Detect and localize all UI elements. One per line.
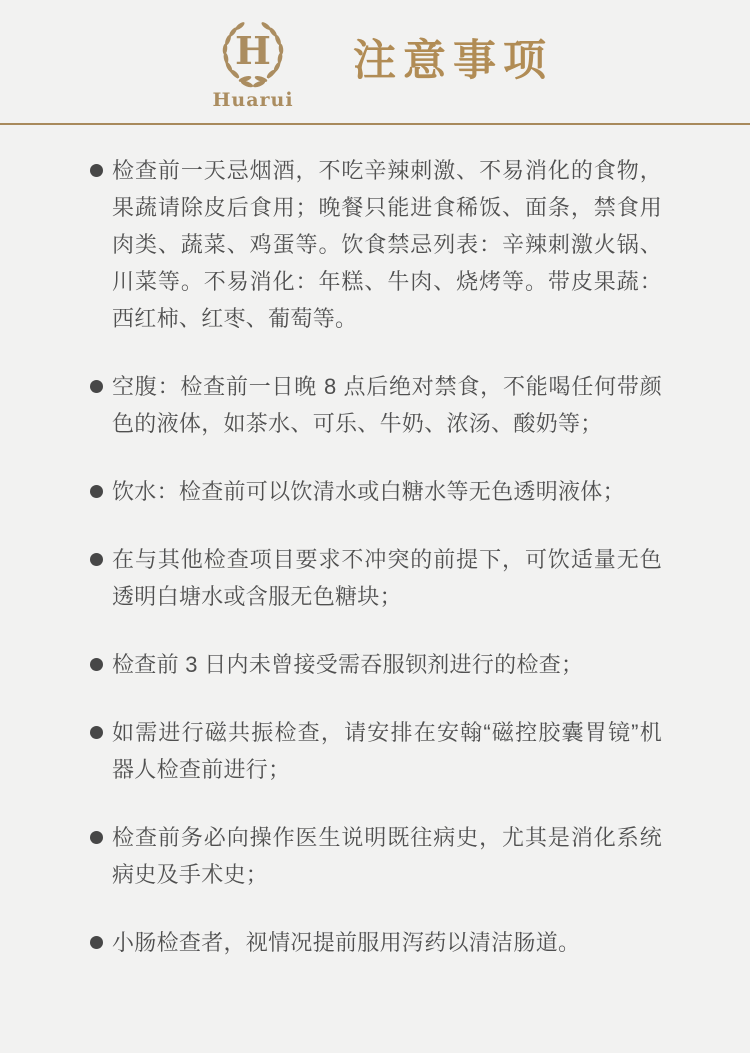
list-item: 检查前 3 日内未曾接受需吞服钡剂进行的检查； xyxy=(90,646,662,683)
huarui-logo: H Huarui xyxy=(197,19,309,111)
list-item: 饮水：检查前可以饮清水或白糖水等无色透明液体； xyxy=(90,473,662,510)
page-title: 注意事项 xyxy=(353,40,553,89)
bullet-icon xyxy=(90,485,103,498)
notes-list: 检查前一天忌烟酒，不吃辛辣刺激、不易消化的食物，果蔬请除皮后食用；晚餐只能进食稀… xyxy=(0,125,750,961)
bullet-icon xyxy=(90,380,103,393)
bullet-icon xyxy=(90,164,103,177)
note-text: 检查前一天忌烟酒，不吃辛辣刺激、不易消化的食物，果蔬请除皮后食用；晚餐只能进食稀… xyxy=(112,152,662,337)
logo-monogram: H xyxy=(235,28,271,73)
list-item: 检查前一天忌烟酒，不吃辛辣刺激、不易消化的食物，果蔬请除皮后食用；晚餐只能进食稀… xyxy=(90,152,662,337)
list-item: 空腹：检查前一日晚 8 点后绝对禁食，不能喝任何带颜色的液体，如茶水、可乐、牛奶… xyxy=(90,368,662,442)
bullet-icon xyxy=(90,726,103,739)
list-item: 如需进行磁共振检查，请安排在安翰“磁控胶囊胃镜”机器人检查前进行； xyxy=(90,714,662,788)
bullet-icon xyxy=(90,658,103,671)
bullet-icon xyxy=(90,936,103,949)
note-text: 检查前 3 日内未曾接受需吞服钡剂进行的检查； xyxy=(112,646,662,683)
bullet-icon xyxy=(90,831,103,844)
note-text: 小肠检查者，视情况提前服用泻药以清洁肠道。 xyxy=(112,924,662,961)
header: H Huarui 注意事项 xyxy=(0,0,750,123)
brand-name: Huarui xyxy=(212,89,293,111)
list-item: 在与其他检查项目要求不冲突的前提下，可饮适量无色透明白塘水或含服无色糖块； xyxy=(90,541,662,615)
notice-page: H Huarui 注意事项 检查前一天忌烟酒，不吃辛辣刺激、不易消化的食物，果蔬… xyxy=(0,0,750,1053)
note-text: 饮水：检查前可以饮清水或白糖水等无色透明液体； xyxy=(112,473,662,510)
note-text: 空腹：检查前一日晚 8 点后绝对禁食，不能喝任何带颜色的液体，如茶水、可乐、牛奶… xyxy=(112,368,662,442)
note-text: 如需进行磁共振检查，请安排在安翰“磁控胶囊胃镜”机器人检查前进行； xyxy=(112,714,662,788)
list-item: 检查前务必向操作医生说明既往病史，尤其是消化系统病史及手术史； xyxy=(90,819,662,893)
note-text: 在与其他检查项目要求不冲突的前提下，可饮适量无色透明白塘水或含服无色糖块； xyxy=(112,541,662,615)
list-item: 小肠检查者，视情况提前服用泻药以清洁肠道。 xyxy=(90,924,662,961)
bullet-icon xyxy=(90,553,103,566)
laurel-wreath-icon: H xyxy=(201,19,305,91)
note-text: 检查前务必向操作医生说明既往病史，尤其是消化系统病史及手术史； xyxy=(112,819,662,893)
